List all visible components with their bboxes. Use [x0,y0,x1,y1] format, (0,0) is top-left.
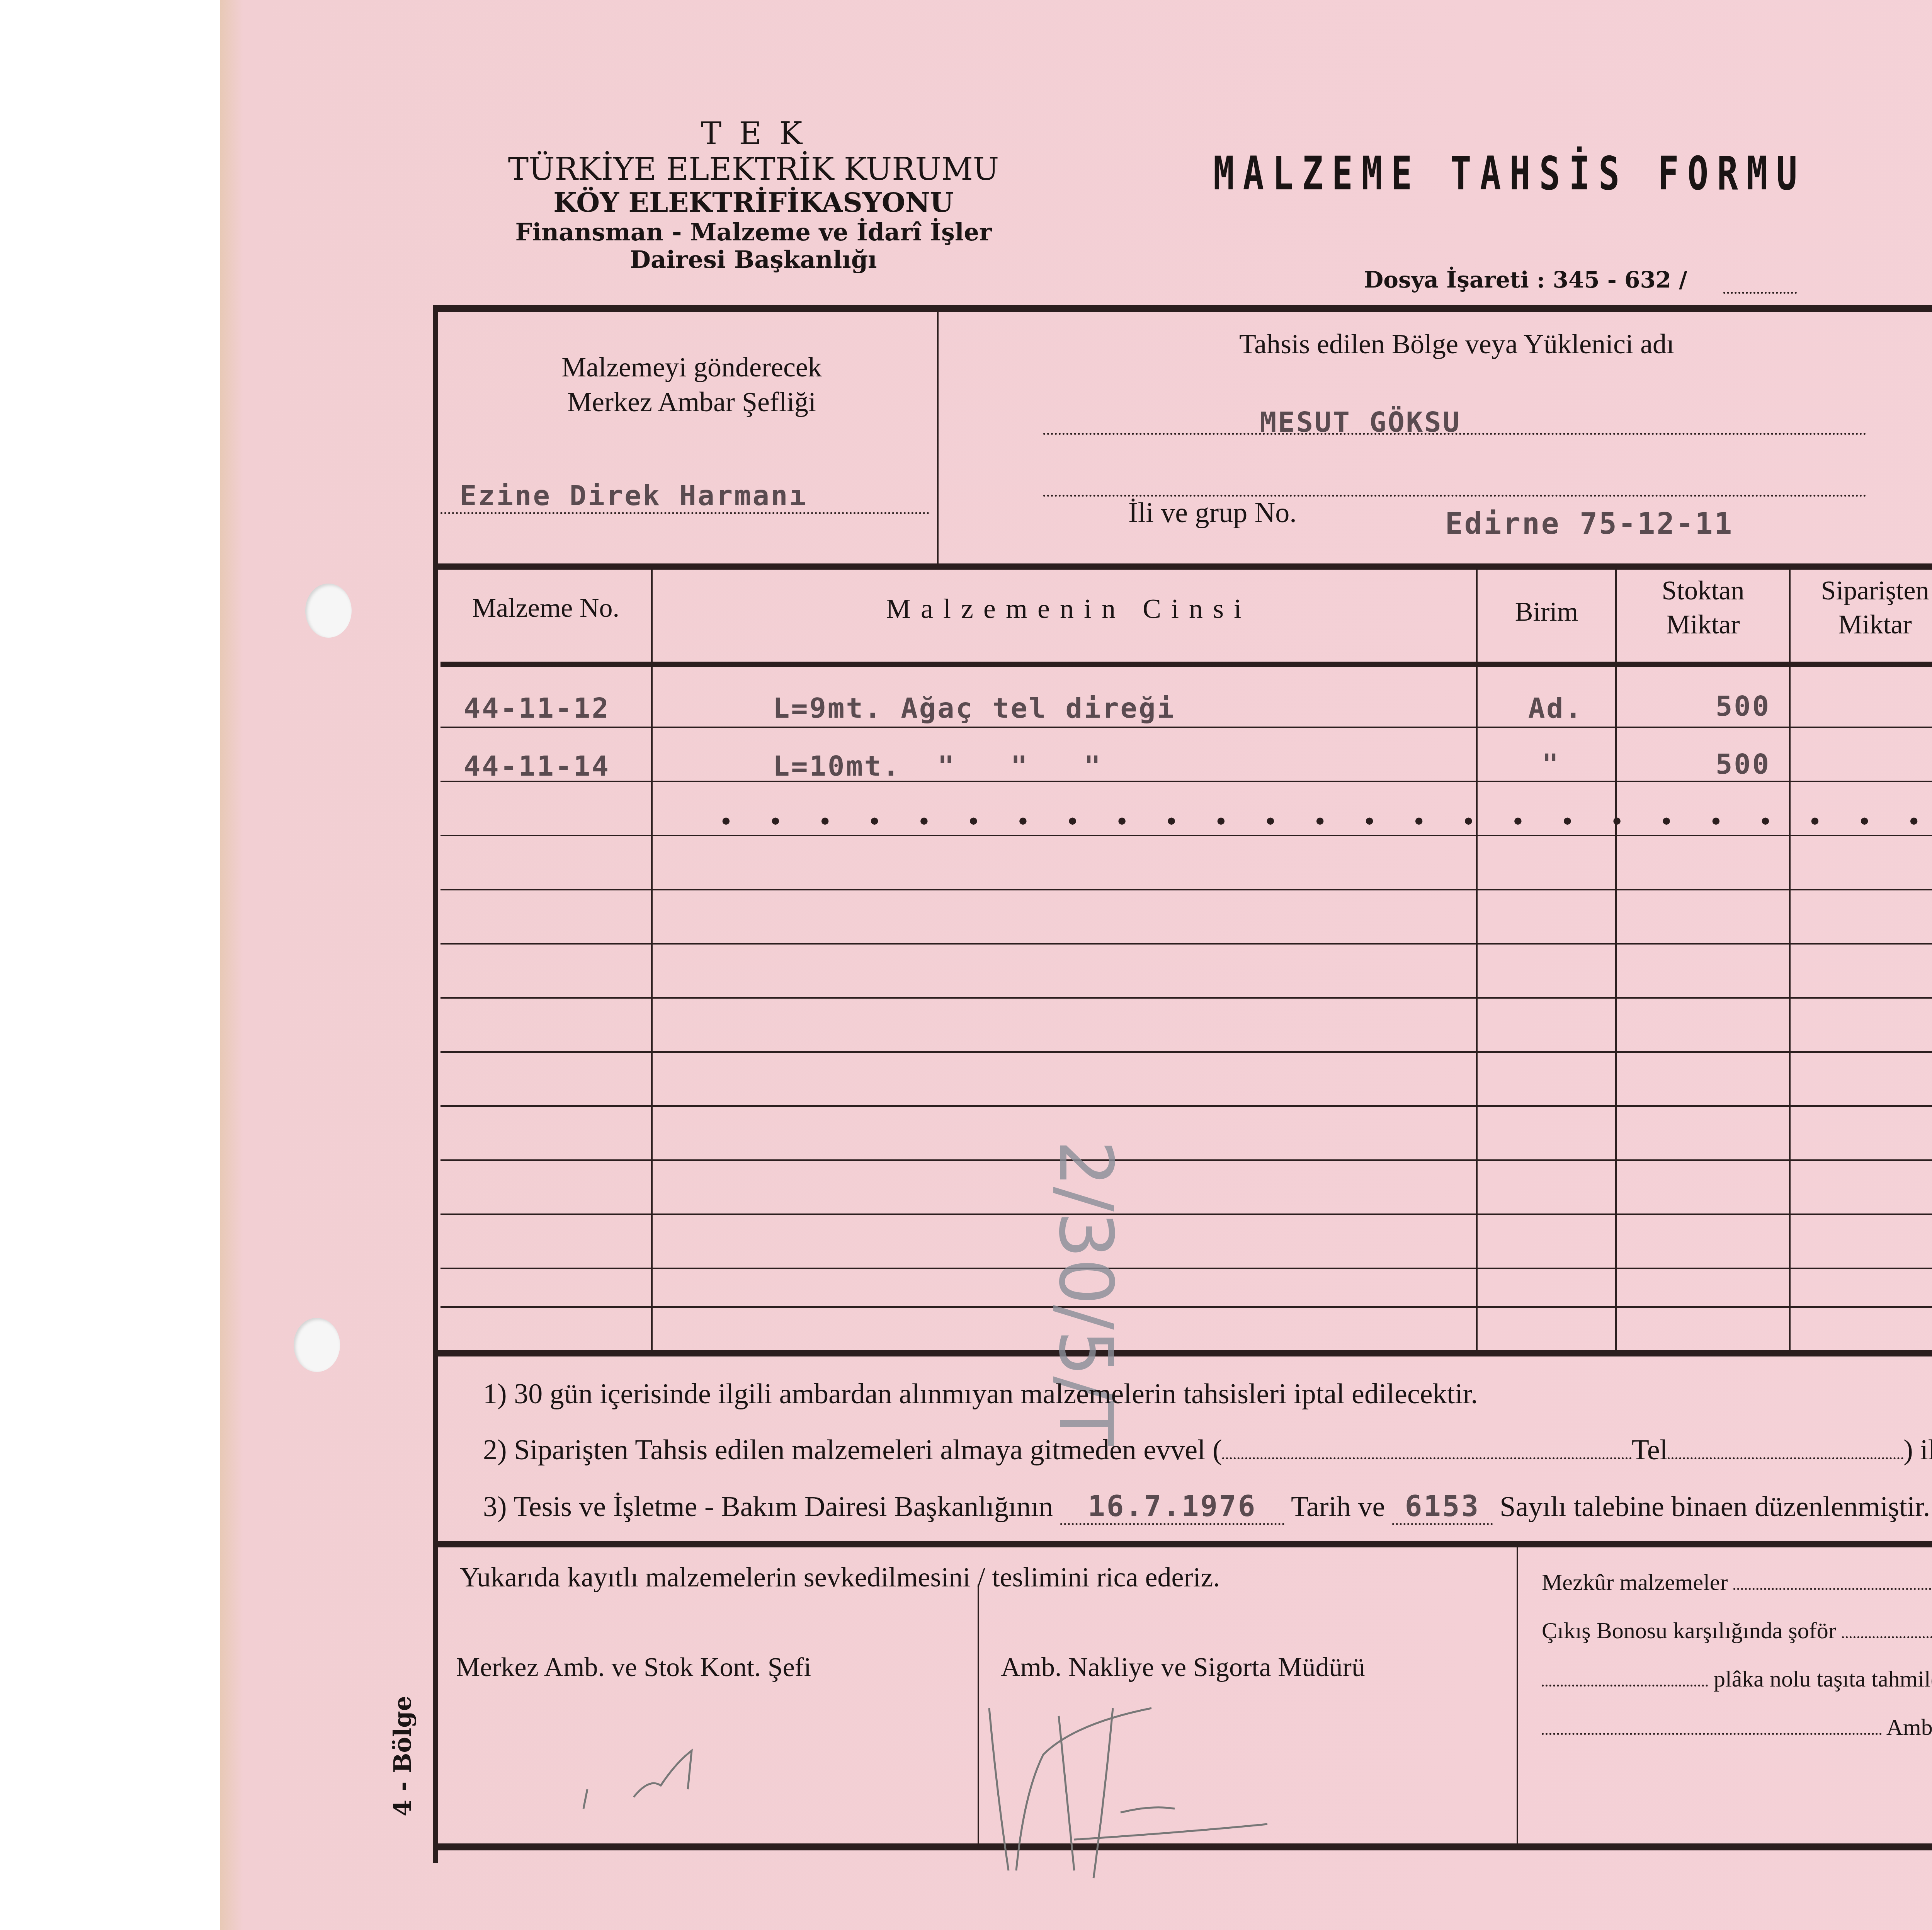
divider [1517,1547,1518,1845]
header-line-2: Miktar [1791,608,1932,642]
row-line [440,997,1932,999]
signature-2 [958,1677,1499,1928]
row-line [440,1051,1932,1053]
col-divider [1789,570,1791,1350]
col-divider [1476,570,1478,1350]
header-line-1: Siparişten [1791,574,1932,608]
footer-top-rule [437,1541,1932,1547]
sender-field-line [440,512,929,514]
table-top-rule [437,563,1932,570]
row-birim: " [1542,748,1560,780]
row-line [440,1213,1932,1215]
row-line [440,781,1932,782]
note-3-text-mid: Tarih ve [1291,1491,1385,1523]
right-line-4-text: Ambar Şefi / Yüklenici [1886,1714,1932,1740]
note-3-text: 3) Tesis ve İşletme - Bakım Dairesi Başk… [483,1491,1053,1523]
ambar-sefi-field[interactable] [1542,1733,1882,1735]
il-label: İli ve grup No. [1128,497,1297,529]
row-cinsi: L=10mt. " " " [773,750,1102,782]
request-text: Yukarıda kayıtlı malzemelerin sevkedilme… [460,1561,1220,1593]
org-line-4: Finansman - Malzeme ve İdarî İşler [444,218,1063,246]
form-title: MALZEME TAHSİS FORMU [1213,147,1806,201]
dosya-label: Dosya İşareti : 345 - 632 / [1364,267,1687,293]
table-header-rule [440,662,1932,667]
row-cinsi: L=9mt. Ağaç tel direği [773,692,1175,724]
dosya-field-line[interactable] [1723,292,1797,294]
punch-hole [294,1318,340,1372]
row-birim: Ad. [1528,692,1583,724]
row-line [440,1268,1932,1269]
il-value[interactable]: Edirne 75-12-11 [1445,506,1733,541]
table-bottom-rule [437,1350,1932,1356]
row-end-marker: • • • • • • • • • • • • • • • • • • • • … [719,808,1932,836]
col-header-siparisten: SipariştenMiktar [1791,574,1932,642]
signature-1 [560,1662,869,1836]
org-line-1: T E K [444,116,1063,151]
recipient-field-line [1043,433,1866,435]
note-3-text-end: Sayılı talebine binaen düzenlenmiştir. [1500,1491,1930,1523]
right-line-1-date-field[interactable] [1733,1588,1932,1590]
header-line-2: Miktar [1617,608,1789,642]
row-line [440,943,1932,945]
organization-block: T E K TÜRKİYE ELEKTRİK KURUMU KÖY ELEKTR… [444,116,1063,273]
note-2-tel-label: Tel [1632,1434,1668,1466]
sender-label: Malzemeyi gönderecek Merkez Ambar Şefliğ… [444,350,939,419]
note-2-text-end: ) ile temas edilecektir. [1903,1434,1932,1466]
recipient-label: Tahsis edilen Bölge veya Yüklenici adı [943,327,1932,361]
note-3-date[interactable]: 16.7.1976 [1060,1490,1284,1525]
note-2-tel-field[interactable] [1668,1457,1903,1459]
header-line-1: Stoktan [1617,574,1789,608]
punch-hole [305,584,352,638]
row-stok: 500 [1716,690,1770,722]
sender-label-line-1: Malzemeyi gönderecek [444,350,939,385]
right-line-4: Ambar Şefi / Yüklenici [1542,1714,1932,1741]
right-line-1: Mezkûr malzemeler tarih ve sayılı Ambar [1542,1569,1932,1596]
frame-left [433,305,438,1863]
note-3: 3) Tesis ve İşletme - Bakım Dairesi Başk… [483,1490,1930,1525]
row-stok: 500 [1716,748,1770,780]
note-1: 1) 30 gün içerisinde ilgili ambardan alı… [483,1378,1478,1411]
org-line-2: TÜRKİYE ELEKTRİK KURUMU [444,151,1063,187]
sender-value[interactable]: Ezine Direk Harmanı [460,479,808,512]
org-line-3: KÖY ELEKTRİFİKASYONU [444,187,1063,218]
note-2-text: 2) Siparişten Tahsis edilen malzemeleri … [483,1434,1222,1466]
col-header-birim: Birim [1478,595,1615,629]
sender-label-line-2: Merkez Ambar Şefliği [444,385,939,419]
col-header-cinsi: M a l z e m e n i n C i n s i [653,591,1476,626]
row-line [440,889,1932,890]
row-line [440,1159,1932,1161]
col-header-malzeme-no: Malzeme No. [440,591,651,625]
note-2: 2) Siparişten Tahsis edilen malzemeleri … [483,1434,1932,1467]
col-header-stoktan: StoktanMiktar [1617,574,1789,642]
right-line-2-a: Çıkış Bonosu karşılığında şoför [1542,1618,1836,1643]
row-line [440,1306,1932,1308]
right-line-3: plâka nolu taşıta tahmilen sevkedilmişti… [1542,1666,1932,1692]
note-2-field[interactable] [1222,1457,1632,1459]
plate-field[interactable] [1542,1685,1708,1687]
note-3-number[interactable]: 6153 [1392,1490,1493,1525]
right-line-3-text: plâka nolu taşıta tahmilen sevkedilmişti… [1714,1666,1932,1692]
org-line-5: Dairesi Başkanlığı [444,246,1063,273]
col-divider [651,570,653,1350]
row-malzeme-no: 44-11-14 [464,750,610,782]
right-line-2: Çıkış Bonosu karşılığında şoför idaresin… [1542,1617,1932,1644]
right-line-2-driver-field[interactable] [1842,1636,1932,1638]
side-label: 4 - Bölge [388,1696,417,1816]
row-line [440,1105,1932,1107]
row-line [440,727,1932,728]
right-line-1-a: Mezkûr malzemeler [1542,1569,1728,1595]
frame-top [437,305,1932,312]
row-malzeme-no: 44-11-12 [464,692,610,724]
col-divider [1615,570,1617,1350]
